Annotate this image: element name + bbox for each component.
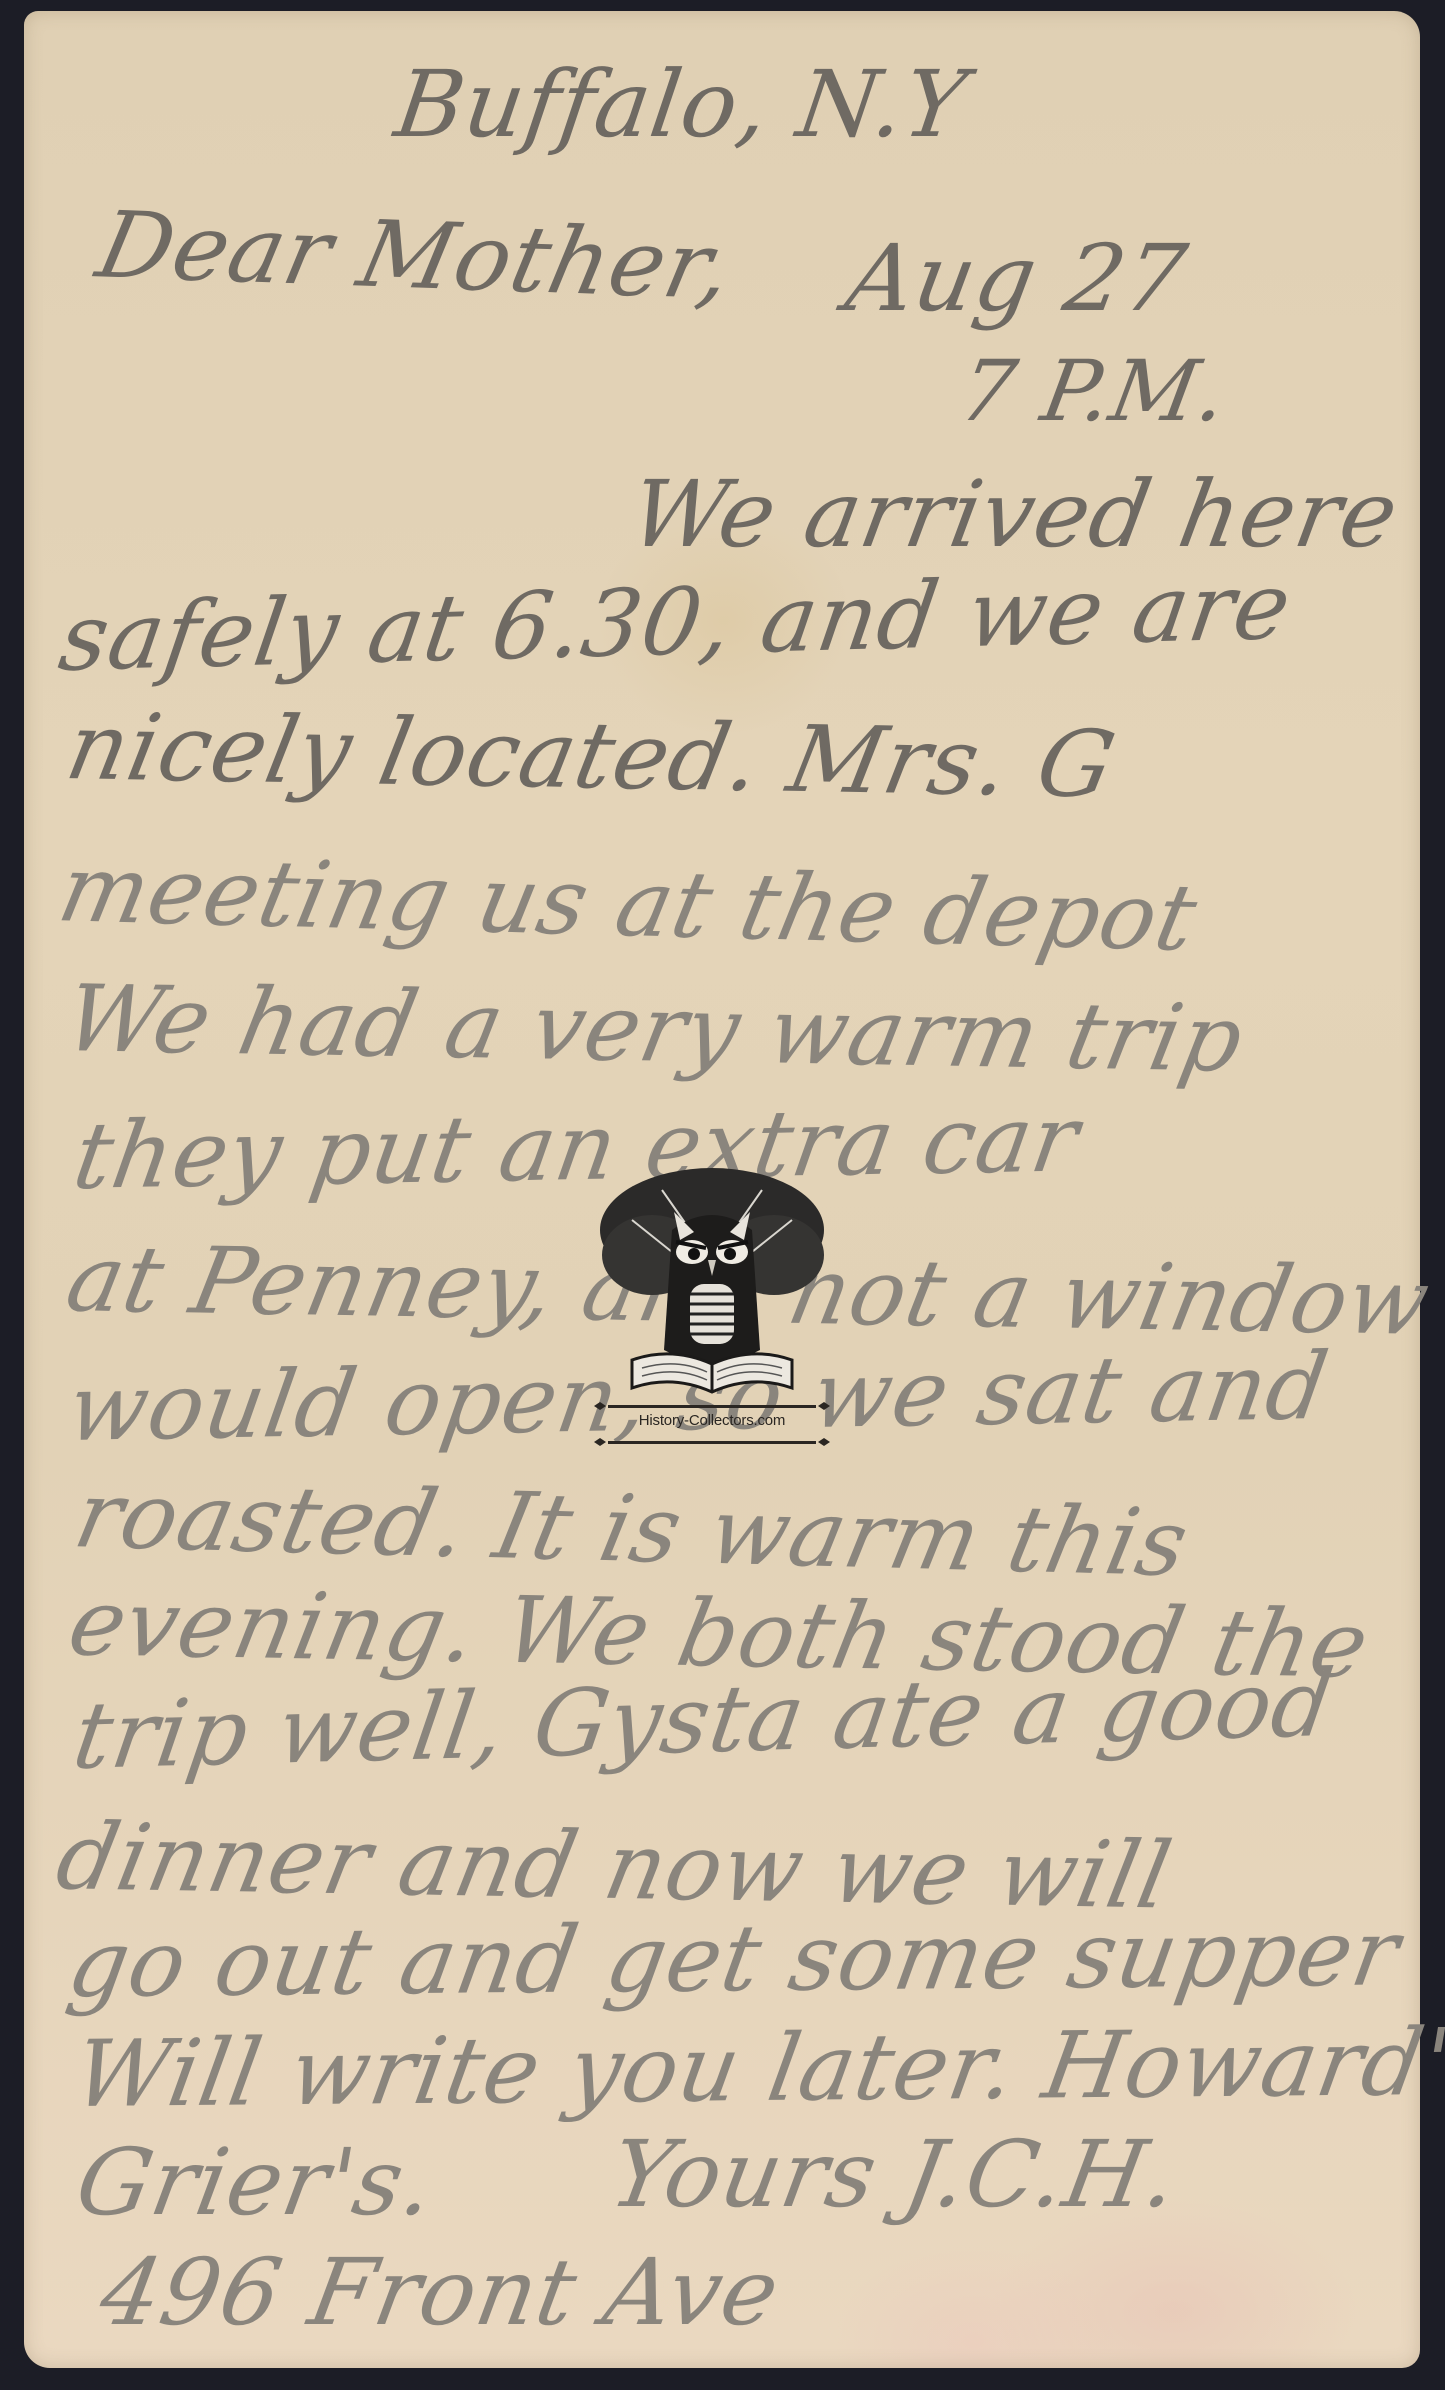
salutation: Dear Mother, [90, 200, 741, 313]
body-line-2: safely at 6.30, and we are [54, 560, 1297, 685]
place-heading: Buffalo, N.Y [390, 59, 973, 151]
body-line-4: meeting us at the depot [52, 843, 1204, 964]
time: 7 P.M. [954, 349, 1234, 433]
address: 496 Front Ave [94, 2247, 786, 2339]
body-line-1: We arrived here [624, 469, 1405, 561]
body-line-3: nicely located. Mrs. G [60, 701, 1122, 811]
body-line-13: go out and get some supper [62, 1907, 1406, 2011]
closing-left: Grier's. [70, 2137, 441, 2229]
watermark-logo: History-Collectors.com [592, 1160, 832, 1460]
owl-on-book-with-tree-icon [592, 1160, 832, 1410]
watermark-text: History-Collectors.com [592, 1412, 832, 1429]
body-line-14: Will write you later. Howard's [68, 2016, 1445, 2121]
ornament-divider-icon [592, 1436, 832, 1448]
body-line-6: they put an extra car [68, 1093, 1085, 1203]
date: Aug 27 [840, 233, 1193, 325]
body-line-5: We had a very warm trip [58, 973, 1251, 1085]
signature: Yours J.C.H. [604, 2129, 1185, 2221]
